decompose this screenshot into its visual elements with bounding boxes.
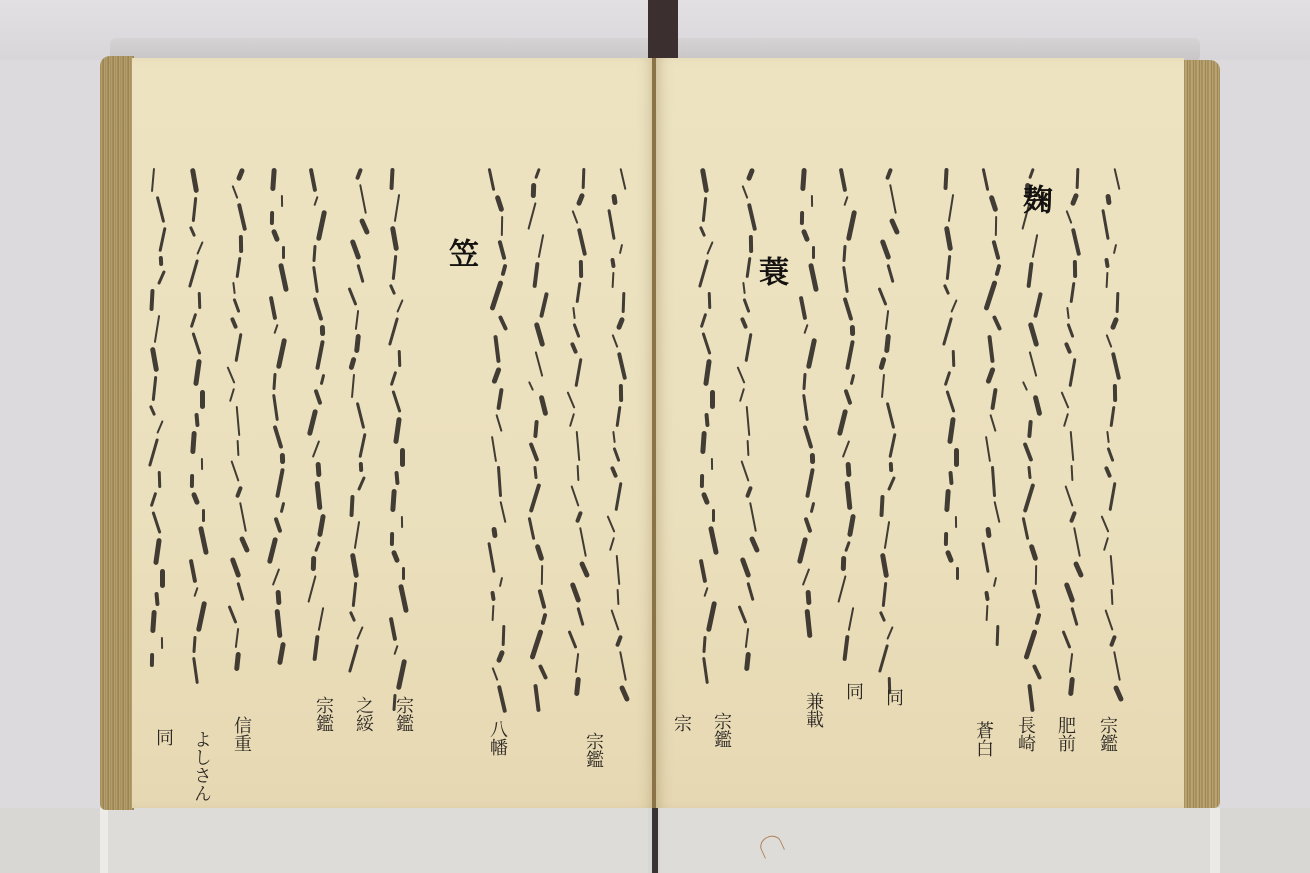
author-note: よしさん: [188, 730, 214, 802]
bookmark-ribbon: [648, 0, 678, 60]
section-heading: 蓑: [748, 256, 792, 286]
author-note: 蒼白: [970, 721, 996, 757]
right-page: [656, 58, 1184, 808]
page-edges-right: [1182, 60, 1220, 808]
section-heading: 麹: [1012, 184, 1056, 214]
author-note: 宗鑑: [310, 696, 336, 732]
author-note: 之綏: [350, 696, 376, 732]
author-note: 信重: [228, 716, 254, 752]
author-note: 宗鑑: [1094, 716, 1120, 752]
author-note: 長崎: [1012, 716, 1038, 752]
author-note: 宗: [668, 714, 694, 732]
open-book: 麹 蓑 笠 蒼白 長崎 肥前 宗鑑 同 同 兼載 宗鑑 宗 宗鑑 八幡 宗鑑 之…: [100, 56, 1220, 810]
author-note: 同: [880, 688, 906, 706]
support-block-right: [660, 808, 1220, 873]
author-note: 八幡: [484, 720, 510, 756]
author-note: 同: [150, 728, 176, 746]
author-note: 兼載: [800, 692, 826, 728]
author-note: 肥前: [1052, 716, 1078, 752]
bookmark-ribbon-tail: [652, 808, 658, 873]
author-note: 宗鑑: [708, 712, 734, 748]
author-note: 同: [840, 682, 866, 700]
page-edges-left: [100, 56, 134, 810]
author-note: 宗鑑: [580, 732, 606, 768]
section-heading: 笠: [438, 238, 482, 268]
support-block-left: [100, 808, 648, 873]
author-note: 宗鑑: [390, 696, 416, 732]
